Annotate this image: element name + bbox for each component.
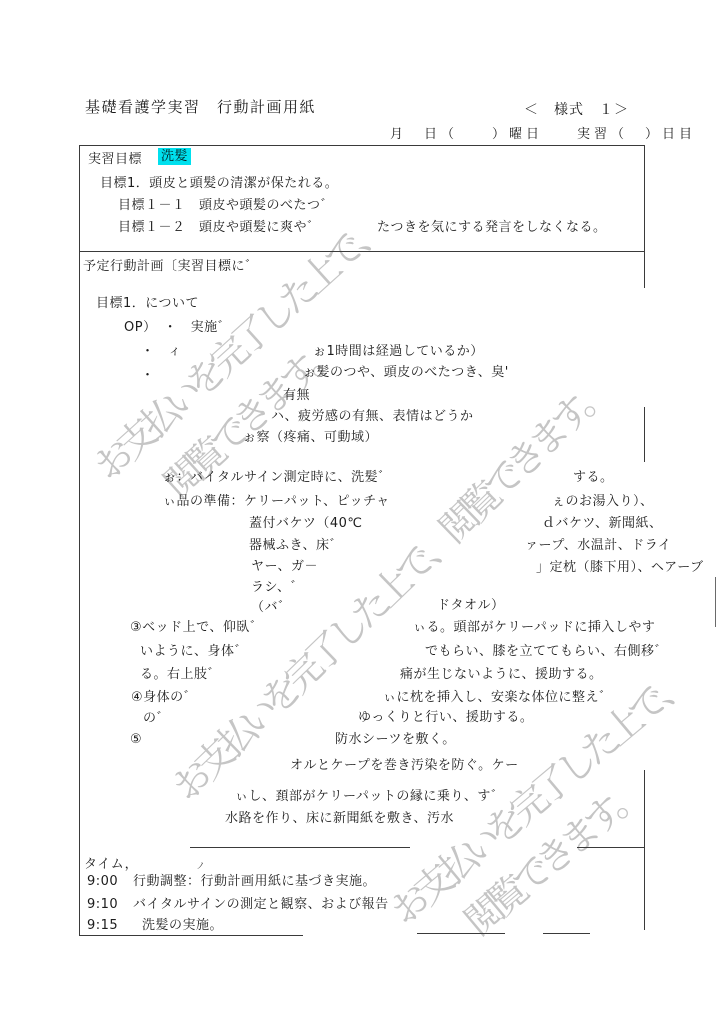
table-remnant-vline xyxy=(715,577,716,627)
plan-line: 蓋付バケツ（40℃ xyxy=(249,515,363,532)
plan-line: ドタオル） xyxy=(437,597,505,614)
form-code: ＜ 様式 １＞ xyxy=(524,102,629,119)
table-remnant-vline xyxy=(644,407,645,462)
plan-line: ・ xyxy=(141,367,155,384)
plan-line: ・ ィ xyxy=(141,343,182,360)
time-box-left-border xyxy=(79,849,80,936)
goal-box-label: 実習目標 xyxy=(88,151,142,168)
plan-line: でもらい、膝を立ててもらい、右側移゛ xyxy=(425,643,668,660)
plan-box-bottom-border xyxy=(190,847,410,848)
time-row-text: 行動調整：行動計画用紙に基づき実施。 xyxy=(133,873,376,890)
plan-line: 」定枕（膝下用）、ヘアーブ xyxy=(536,559,704,576)
time-row-time: 9:00 xyxy=(87,873,118,890)
plan-line: 器械ふき、床゛ xyxy=(249,537,343,554)
time-box-bottom-border xyxy=(417,933,505,934)
plan-line: ヤー、ガ－ xyxy=(251,558,318,575)
date-line: 月 日（ ）曜日 実習（ ）日目 xyxy=(390,126,696,143)
table-remnant-vline xyxy=(644,250,645,288)
plan-line: 有無 xyxy=(283,387,310,404)
time-box-bottom-border xyxy=(79,935,303,936)
time-row-text: バイタルサインの測定と観察、および報告 xyxy=(133,896,389,913)
plan-line: ｄバケツ、新聞紙、 xyxy=(542,515,662,532)
plan-line: ④身体の゛ xyxy=(131,689,197,706)
time-box-label: タイム， xyxy=(84,856,138,873)
plan-box-left-border xyxy=(79,250,80,849)
document-page: お支払いを完了した上で、 閲覧できます。 お支払いを完了した上で、閲覧できます。… xyxy=(0,0,724,1024)
plan-line: （バ゛ xyxy=(251,599,292,616)
plan-line: ③ベッド上で、仰臥゛ xyxy=(130,619,263,636)
goal-1-2-right-text: たつきを気にする発言をしなくなる。 xyxy=(377,219,607,236)
time-box-bottom-border xyxy=(543,933,590,934)
time-row-time: 9:15 xyxy=(87,917,118,934)
plan-line: ぉ察（疼痛、可動域） xyxy=(243,429,378,446)
goal-1-2-text: 目標１－２ 頭皮や頭髪に爽や゛ xyxy=(118,219,321,236)
time-row-time: 9:10 xyxy=(87,896,118,913)
plan-section-title: 予定行動計画〔実習目標に゛ xyxy=(83,258,259,275)
plan-line: ハ、疲労感の有無、表情はどうか xyxy=(271,408,474,425)
plan-line: 防水シーツを敷く。 xyxy=(335,731,456,748)
plan-line: ラシ、゛ xyxy=(251,579,304,596)
plan-line: 痛が生じないように、援助する。 xyxy=(400,666,603,683)
plan-line: オルとケープを巻き汚染を防ぐ。ケー xyxy=(290,757,519,774)
plan-line: ぃる。頭部がケリーパッドに挿入しやす xyxy=(413,619,655,636)
goal-topic-highlighted: 洗髪 xyxy=(158,148,191,165)
plan-line: ⑤ xyxy=(130,731,142,748)
plan-line: の゛ xyxy=(143,710,170,727)
plan-box-bottom-border xyxy=(577,847,645,848)
plan-line: ゆっくりと行い、援助する。 xyxy=(358,709,533,726)
plan-line: いように、身体゛ xyxy=(140,643,248,660)
plan-line: ぉ髪のつや、頭皮のべたつき、臭' xyxy=(303,364,509,381)
document-title: 基礎看護学実習 行動計画用紙 xyxy=(85,99,316,116)
plan-line: ぃに枕を挿入し、安楽な体位に整え゛ xyxy=(383,689,613,706)
plan-line: ぃ品の準備：ケリーパット、ピッチャ xyxy=(163,493,390,510)
plan-line: る。右上肢゛ xyxy=(140,666,221,683)
plan-line: 目標1．について xyxy=(96,295,199,312)
goal-1-1-text: 目標１－１ 頭皮や頭髪のべたつ゛ xyxy=(118,197,334,214)
plan-line: ぃし、頚部がケリーパットの縁に乗り、す゛ xyxy=(235,788,504,805)
plan-line: ぇのお湯入り）、 xyxy=(552,493,654,510)
plan-line: ァープ、水温計、ドライ xyxy=(525,537,671,554)
time-row-text: 洗髪の実施。 xyxy=(142,917,223,934)
plan-line: する。 xyxy=(573,469,614,486)
plan-line: ぉ：バイタルサイン測定時に、洗髪゛ xyxy=(163,469,392,486)
highlight-mark: 洗髪 xyxy=(158,148,191,165)
plan-box-right-border xyxy=(644,770,645,930)
plan-line: ぉ1時間は経過しているか） xyxy=(313,343,484,360)
goal-1-text: 目標1．頭皮と頭髪の清潔が保たれる。 xyxy=(100,175,338,192)
plan-line: 水路を作り、床に新聞紙を敷き、汚水 xyxy=(225,810,454,827)
plan-line: OP） ・ 実施゛ xyxy=(124,319,231,336)
